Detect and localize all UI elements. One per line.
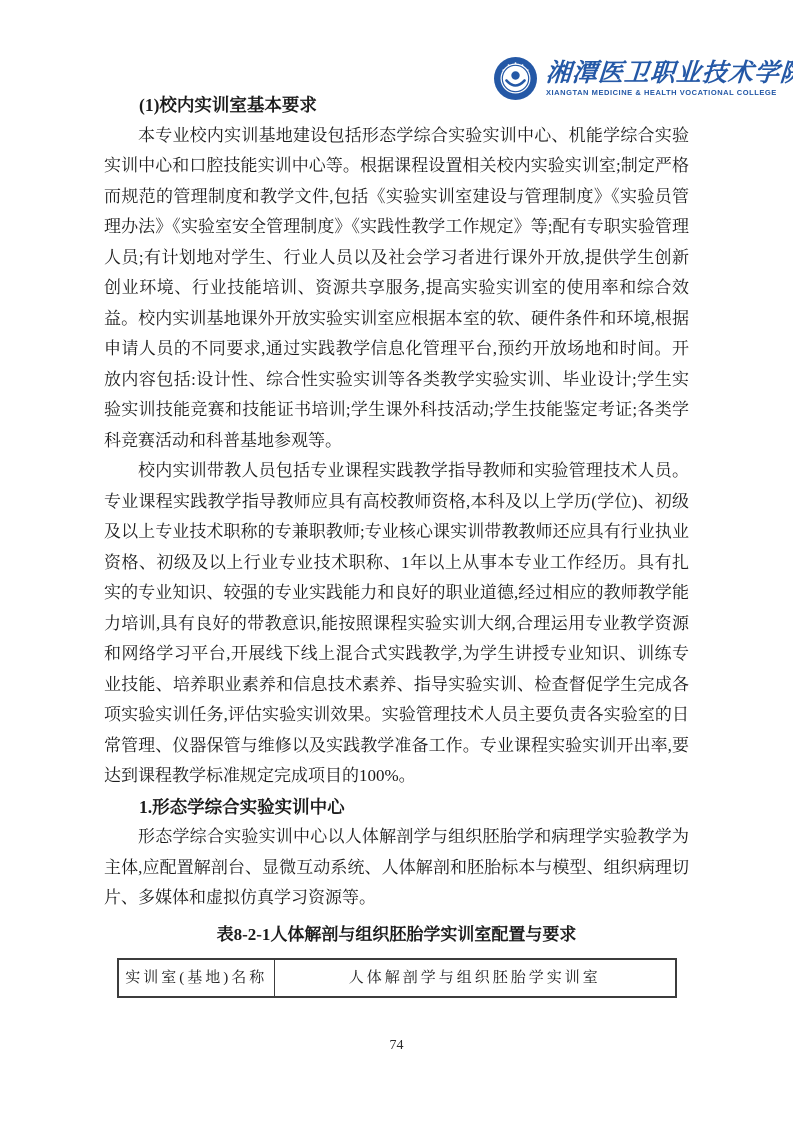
- table-cell-room-name-value: 人体解剖学与组织胚胎学实训室: [274, 959, 676, 997]
- paragraph-morphology-center: 形态学综合实验实训中心以人体解剖学与组织胚胎学和病理学实验教学为主体,应配置解剖…: [104, 822, 689, 914]
- table-row: 实训室(基地)名称 人体解剖学与组织胚胎学实训室: [118, 959, 676, 997]
- section-heading: (1)校内实训室基本要求: [104, 90, 689, 121]
- table-cell-room-name-label: 实训室(基地)名称: [118, 959, 274, 997]
- page-number: 74: [0, 1038, 793, 1054]
- subsection-heading-morphology-center: 1.形态学综合实验实训中心: [104, 792, 689, 823]
- paragraph-campus-training-rooms: 本专业校内实训基地建设包括形态学综合实验实训中心、机能学综合实验实训中心和口腔技…: [104, 121, 689, 457]
- document-page: 湘潭医卫职业技术学院 XIANGTAN MEDICINE & HEALTH VO…: [0, 0, 793, 1122]
- paragraph-training-staff: 校内实训带教人员包括专业课程实践教学指导教师和实验管理技术人员。专业课程实践教学…: [104, 456, 689, 792]
- document-body: (1)校内实训室基本要求 本专业校内实训基地建设包括形态学综合实验实训中心、机能…: [104, 90, 689, 998]
- table-caption: 表8-2-1人体解剖与组织胚胎学实训室配置与要求: [104, 920, 689, 951]
- college-name-zh: 湘潭医卫职业技术学院: [545, 61, 793, 86]
- training-room-config-table: 实训室(基地)名称 人体解剖学与组织胚胎学实训室: [117, 958, 677, 998]
